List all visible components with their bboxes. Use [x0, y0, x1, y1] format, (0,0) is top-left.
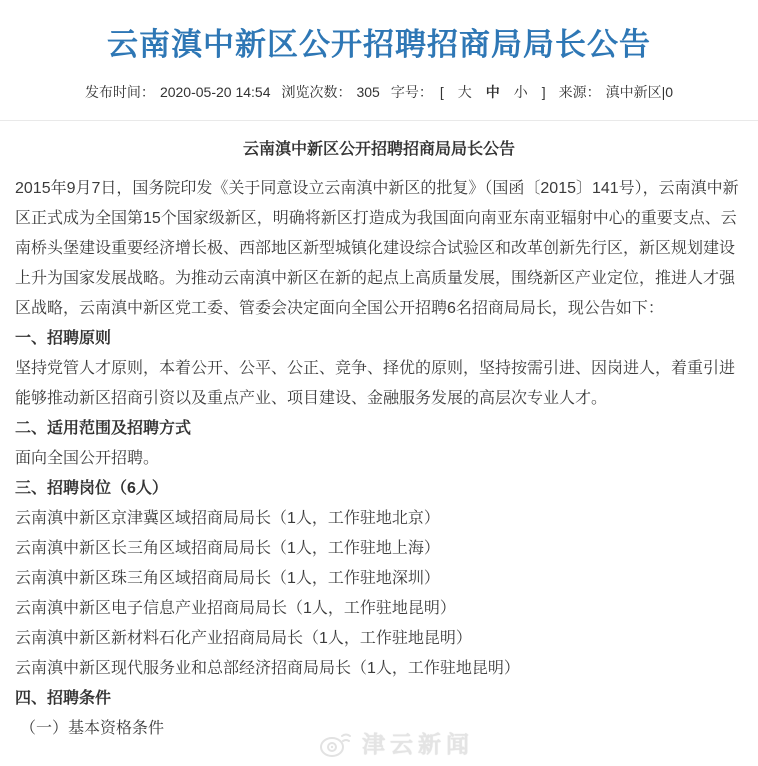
job-item-6: 云南滇中新区现代服务业和总部经济招商局局长（1人，工作驻地昆明） — [15, 654, 743, 684]
job-item-2: 云南滇中新区长三角区域招商局局长（1人，工作驻地上海） — [15, 534, 743, 564]
font-size-large-button[interactable]: 大 — [458, 82, 472, 102]
job-item-4: 云南滇中新区电子信息产业招商局局长（1人，工作驻地昆明） — [15, 594, 743, 624]
job-item-5: 云南滇中新区新材料石化产业招商局局长（1人，工作驻地昆明） — [15, 624, 743, 654]
section-2-paragraph: 面向全国公开招聘。 — [15, 444, 743, 474]
font-size-selector: [ 大 中 小 ] — [440, 82, 546, 102]
job-item-3: 云南滇中新区珠三角区域招商局局长（1人，工作驻地深圳） — [15, 564, 743, 594]
publish-time-value: 2020-05-20 14:54 — [160, 84, 271, 100]
article-heading: 云南滇中新区公开招聘招商局局长公告 — [15, 135, 743, 165]
font-size-small-button[interactable]: 小 — [514, 82, 528, 102]
meta-bar: 发布时间： 2020-05-20 14:54 浏览次数： 305 字号： [ 大… — [0, 82, 758, 120]
views-value: 305 — [356, 84, 379, 100]
font-size-label: 字号： — [391, 82, 433, 102]
font-size-medium-button[interactable]: 中 — [486, 82, 500, 102]
section-heading-1: 一、招聘原则 — [15, 324, 743, 354]
views-label: 浏览次数： — [281, 82, 351, 102]
section-4-paragraph: （一）基本资格条件 — [15, 714, 743, 744]
source-label: 来源： — [559, 82, 601, 102]
section-heading-2: 二、适用范围及招聘方式 — [15, 414, 743, 444]
section-1-paragraph: 坚持党管人才原则，本着公开、公平、公正、竞争、择优的原则，坚持按需引进、因岗进人… — [15, 354, 743, 414]
bracket-close: ] — [542, 84, 546, 100]
intro-paragraph: 2015年9月7日，国务院印发《关于同意设立云南滇中新区的批复》（国函〔2015… — [15, 174, 743, 324]
publish-time-label: 发布时间： — [85, 82, 155, 102]
section-heading-4: 四、招聘条件 — [15, 684, 743, 714]
section-heading-3: 三、招聘岗位（6人） — [15, 474, 743, 504]
header-divider — [0, 120, 758, 121]
announcement-page: 云南滇中新区公开招聘招商局局长公告 发布时间： 2020-05-20 14:54… — [0, 0, 758, 766]
bracket-open: [ — [440, 84, 444, 100]
job-item-1: 云南滇中新区京津冀区域招商局局长（1人，工作驻地北京） — [15, 504, 743, 534]
page-title: 云南滇中新区公开招聘招商局局长公告 — [0, 0, 758, 70]
source-value: 滇中新区|0 — [606, 82, 673, 102]
article-body: 云南滇中新区公开招聘招商局局长公告 2015年9月7日，国务院印发《关于同意设立… — [0, 135, 758, 744]
article-header: 云南滇中新区公开招聘招商局局长公告 发布时间： 2020-05-20 14:54… — [0, 0, 758, 120]
